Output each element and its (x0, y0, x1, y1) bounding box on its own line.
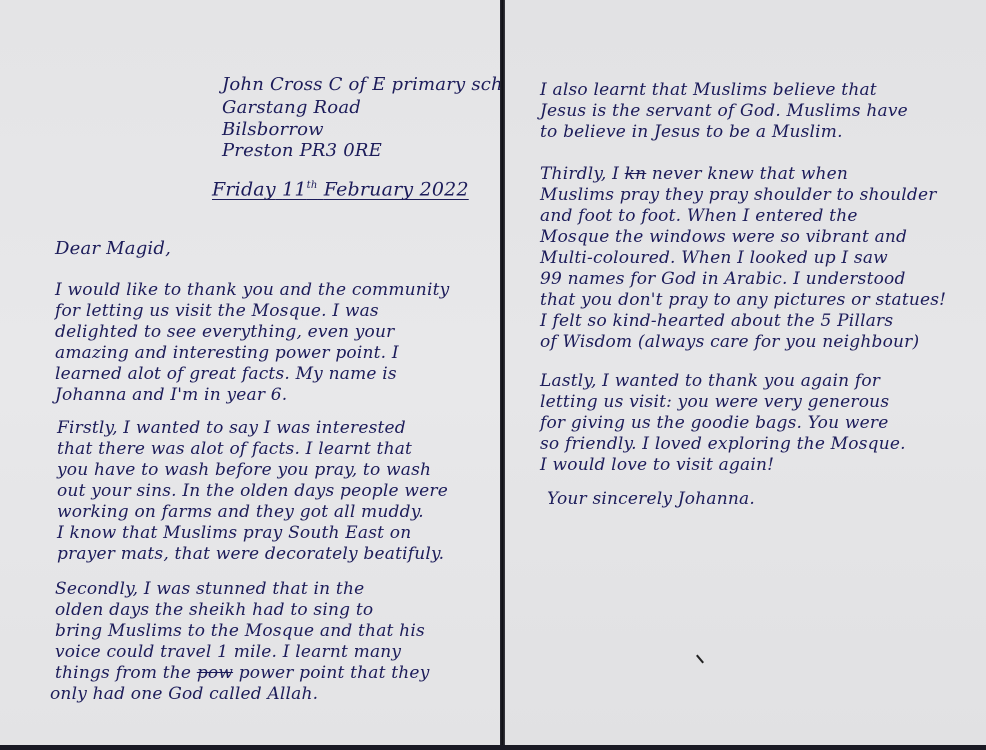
text-line: prayer mats, that were decorately beatif… (57, 543, 444, 565)
address-line-2: Garstang Road (222, 97, 361, 119)
text-line: Johanna and I'm in year 6. (55, 384, 287, 406)
text-line: I would love to visit again! (540, 454, 774, 476)
date-number: 11 (282, 178, 307, 200)
letter-date: Friday 11th February 2022 (212, 175, 469, 200)
date-day: Friday (212, 178, 276, 200)
text-line: 99 names for God in Arabic. I understood (540, 268, 906, 290)
photo-bottom-edge (0, 745, 986, 750)
address-line-1: John Cross C of E primary school (222, 74, 531, 96)
text-line: olden days the sheikh had to sing to (55, 599, 373, 621)
text-line: Thirdly, I kn never knew that when (540, 163, 848, 185)
text-line: and foot to foot. When I entered the (540, 205, 858, 227)
letter-photo: John Cross C of E primary school Garstan… (0, 0, 986, 750)
text-line: working on farms and they got all muddy. (57, 501, 424, 523)
letter-page-right: I also learnt that Muslims believe that … (505, 0, 986, 745)
text-fragment: Thirdly, I (540, 164, 619, 184)
address-line-4: Preston PR3 0RE (222, 140, 382, 162)
text-line: bring Muslims to the Mosque and that his (55, 620, 425, 642)
text-line: that there was alot of facts. I learnt t… (57, 438, 412, 460)
text-fragment: things from the (55, 663, 191, 683)
text-line: Mosque the windows were so vibrant and (540, 226, 907, 248)
text-line: letting us visit: you were very generous (540, 391, 889, 413)
text-line: that you don't pray to any pictures or s… (540, 289, 946, 311)
date-month-year: February 2022 (324, 178, 469, 200)
text-line: for giving us the goodie bags. You were (540, 412, 888, 434)
text-line: delighted to see everything, even your (55, 321, 394, 343)
salutation: Dear Magid, (55, 238, 171, 260)
text-line: amazing and interesting power point. I (55, 342, 399, 364)
date-suffix: th (307, 180, 318, 191)
text-line: Lastly, I wanted to thank you again for (540, 370, 880, 392)
text-line: out your sins. In the olden days people … (57, 480, 448, 502)
text-line: Jesus is the servant of God. Muslims hav… (540, 100, 908, 122)
text-line: learned alot of great facts. My name is (55, 363, 397, 385)
text-line: only had one God called Allah. (50, 683, 318, 705)
text-line: Muslims pray they pray shoulder to shoul… (540, 184, 937, 206)
text-fragment: never knew that when (652, 164, 848, 184)
text-fragment: power point that they (239, 663, 430, 683)
text-line: you have to wash before you pray, to was… (57, 459, 431, 481)
text-line: I know that Muslims pray South East on (57, 522, 411, 544)
text-line: I also learnt that Muslims believe that (540, 79, 877, 101)
text-line: things from the pow power point that the… (55, 662, 430, 684)
text-line: of Wisdom (always care for you neighbour… (540, 331, 919, 353)
text-line: to believe in Jesus to be a Muslim. (540, 121, 843, 143)
closing-signature: Your sincerely Johanna. (547, 488, 755, 510)
text-line: Secondly, I was stunned that in the (55, 578, 364, 600)
text-line: voice could travel 1 mile. I learnt many (55, 641, 401, 663)
text-line: I would like to thank you and the commun… (55, 279, 449, 301)
text-line: Multi-coloured. When I looked up I saw (540, 247, 888, 269)
crossed-out-word: kn (625, 164, 647, 184)
text-line: I felt so kind-hearted about the 5 Pilla… (540, 310, 893, 332)
text-line: so friendly. I loved exploring the Mosqu… (540, 433, 906, 455)
text-line: for letting us visit the Mosque. I was (55, 300, 379, 322)
address-line-3: Bilsborrow (222, 119, 324, 141)
text-line: Firstly, I wanted to say I was intereste… (57, 417, 406, 439)
letter-page-left: John Cross C of E primary school Garstan… (0, 0, 500, 745)
crossed-out-word: pow (197, 663, 233, 683)
